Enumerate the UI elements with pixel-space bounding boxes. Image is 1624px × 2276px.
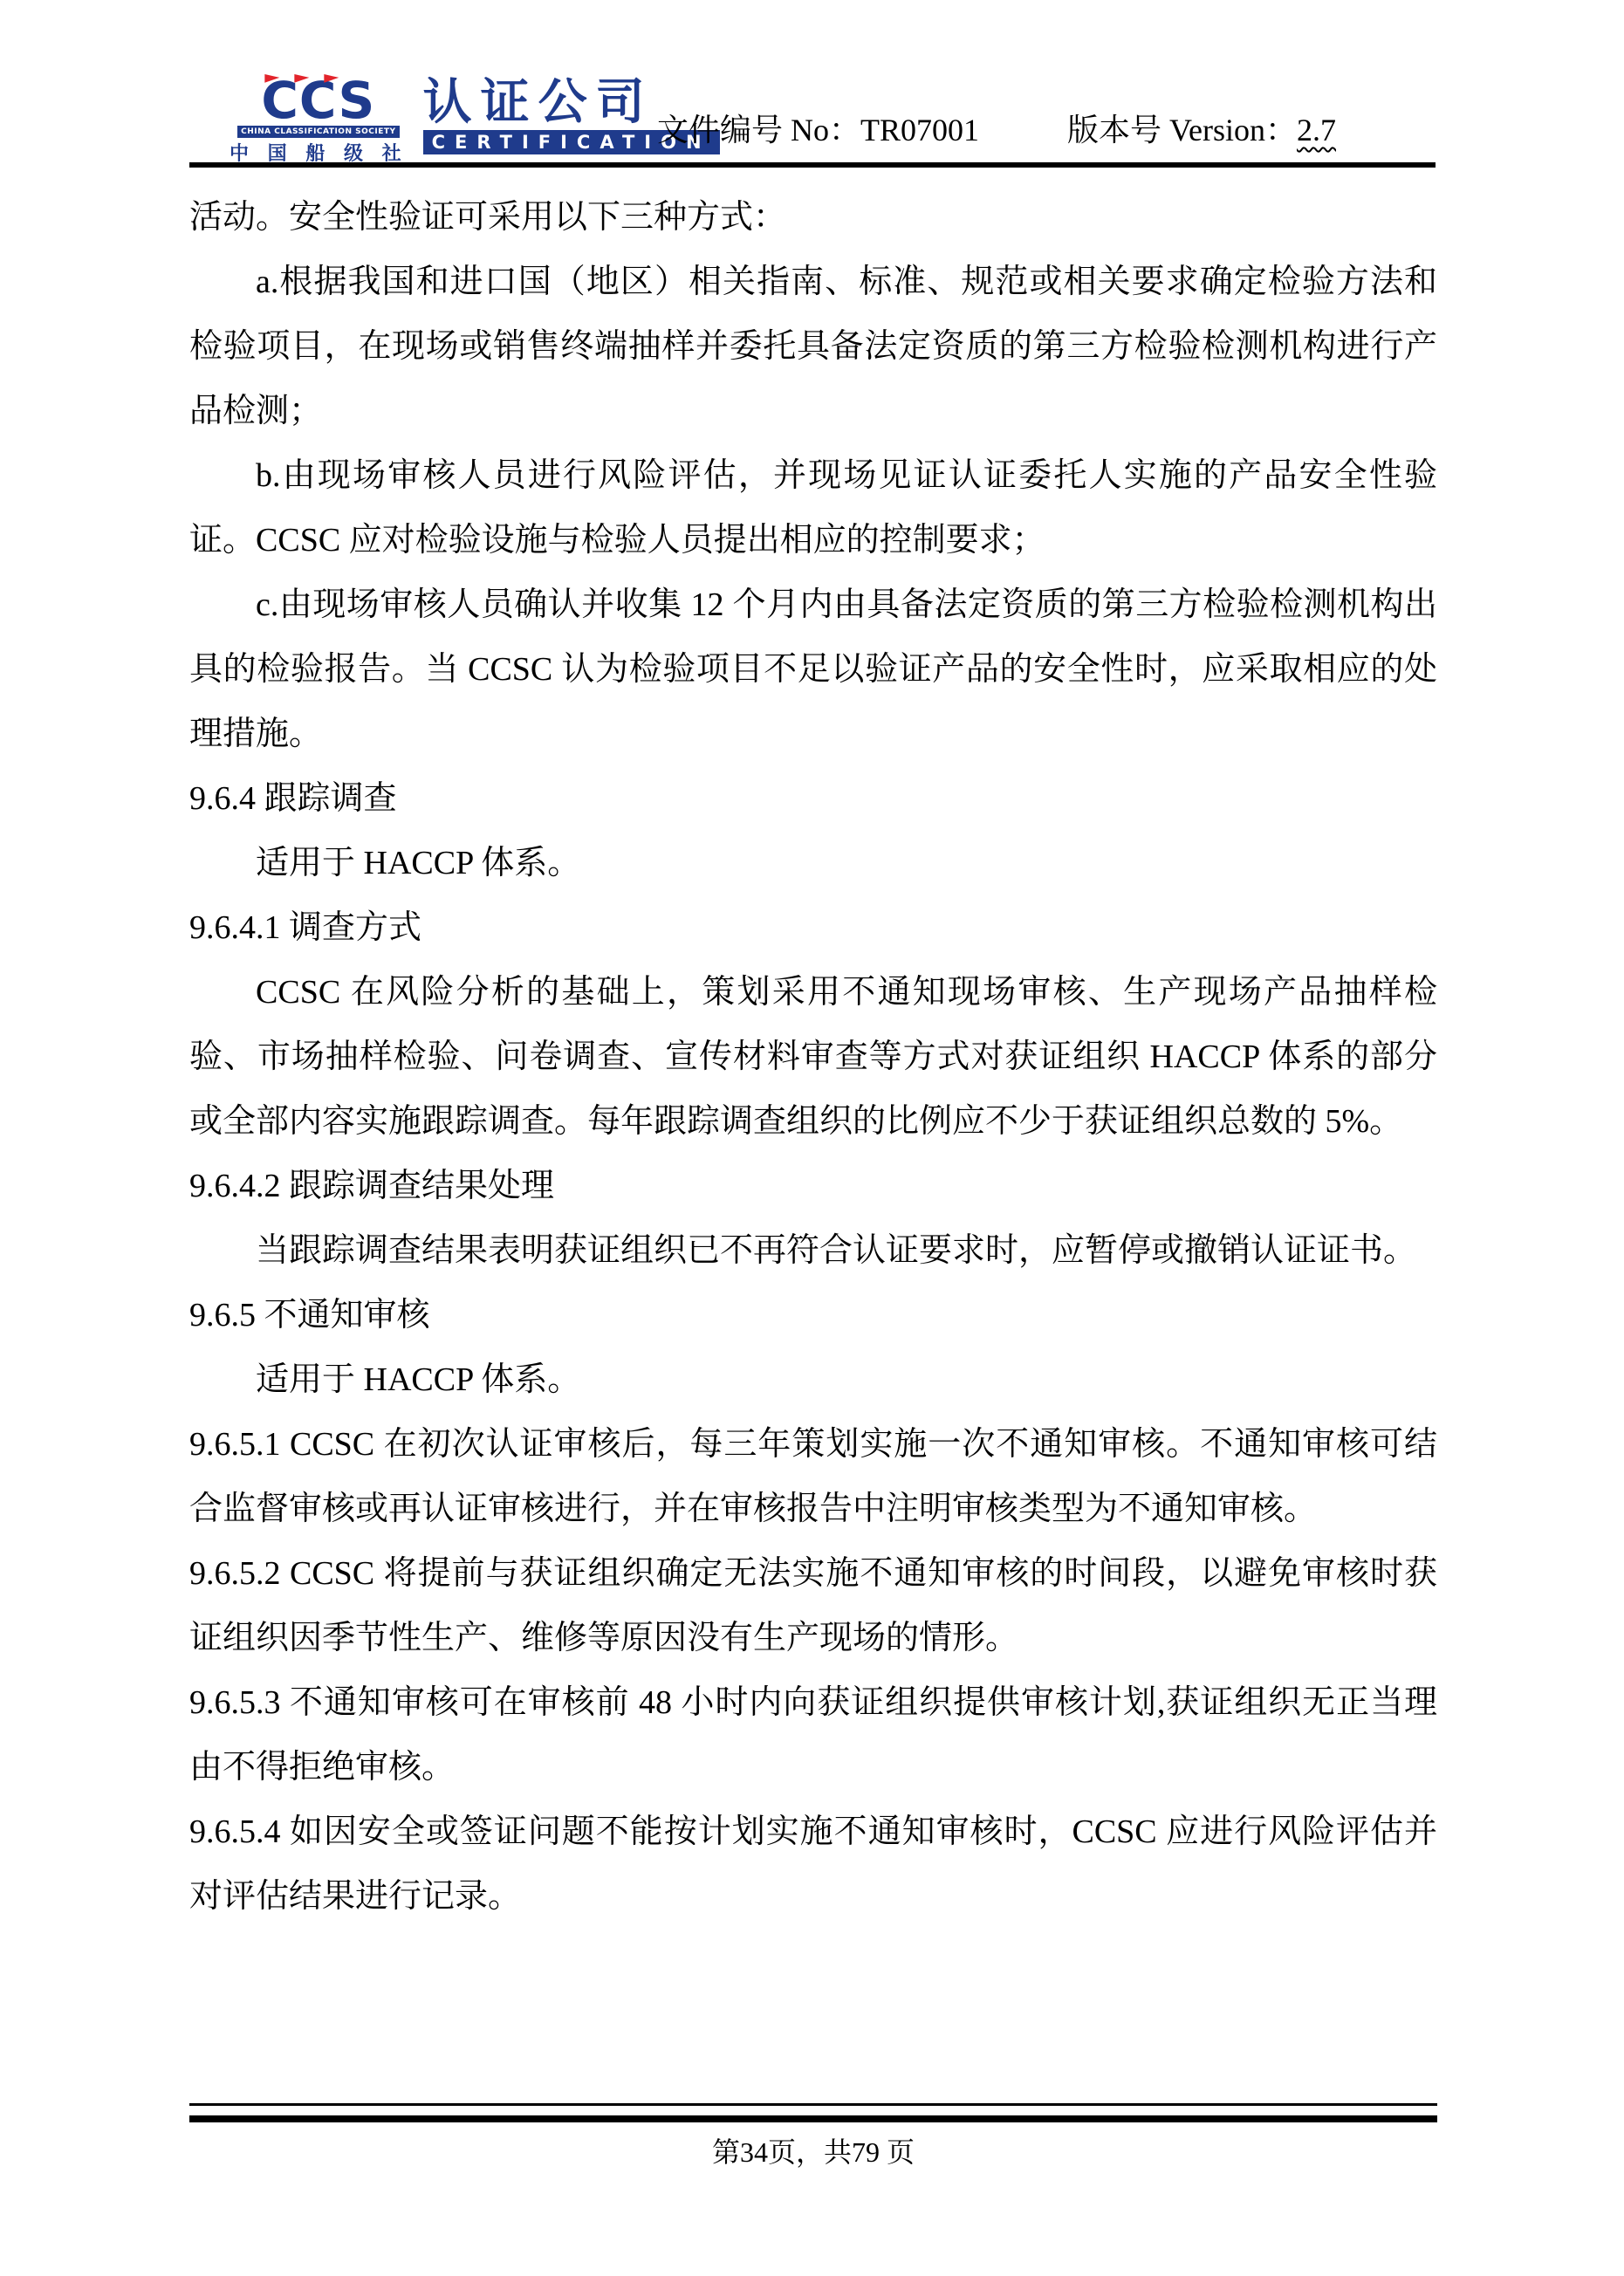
paragraph: 9.6.4.2 跟踪调查结果处理 [189, 1154, 1437, 1218]
paragraph: c.由现场审核人员确认并收集 12 个月内由具备法定资质的第三方检验检测机构出具… [189, 572, 1437, 766]
document-body: 活动。安全性验证可采用以下三种方式：a.根据我国和进口国（地区）相关指南、标准、… [189, 185, 1437, 1929]
page-header: CCS CHINA CLASSIFICATION SOCIETY 中 国 船 级… [189, 51, 1436, 168]
page-number: 第34页，共79 页 [189, 2130, 1437, 2170]
doc-number-value: TR07001 [860, 113, 979, 147]
paragraph: 活动。安全性验证可采用以下三种方式： [189, 185, 1437, 250]
society-cn-text: 中 国 船 级 社 [230, 139, 408, 166]
ccs-logo-left: CCS CHINA CLASSIFICATION SOCIETY 中 国 船 级… [230, 80, 408, 166]
paragraph: 9.6.4.1 调查方式 [189, 895, 1437, 960]
doc-number: 文件编号 No：TR07001 [657, 106, 979, 150]
ccs-letters: CCS [261, 71, 375, 130]
doc-number-label: 文件编号 No： [657, 113, 860, 147]
paragraph: 9.6.4 跟踪调查 [189, 766, 1437, 831]
paragraph: 9.6.5.3 不通知审核可在审核前 48 小时内向获证组织提供审核计划,获证组… [189, 1670, 1437, 1800]
paragraph: b.由现场审核人员进行风险评估，并现场见证认证委托人实施的产品安全性验证。CCS… [189, 443, 1437, 572]
version-value: 2.7 [1297, 113, 1336, 147]
paragraph: 9.6.5.1 CCSC 在初次认证审核后，每三年策划实施一次不通知审核。不通知… [189, 1412, 1437, 1541]
ccs-wordmark: CCS [261, 80, 375, 122]
paragraph: 9.6.5 不通知审核 [189, 1283, 1437, 1347]
paragraph: 当跟踪调查结果表明获证组织已不再符合认证要求时，应暂停或撤销认证证书。 [189, 1218, 1437, 1283]
paragraph: a.根据我国和进口国（地区）相关指南、标准、规范或相关要求确定检验方法和检验项目… [189, 250, 1437, 443]
version-label: 版本号 Version： [1067, 113, 1297, 147]
paragraph: 适用于 HACCP 体系。 [189, 831, 1437, 895]
footer-rule-thin [189, 2103, 1437, 2106]
paragraph: CCSC 在风险分析的基础上，策划采用不通知现场审核、生产现场产品抽样检验、市场… [189, 960, 1437, 1154]
paragraph: 9.6.5.4 如因安全或签证问题不能按计划实施不通知审核时，CCSC 应进行风… [189, 1800, 1437, 1929]
ccs-logo: CCS CHINA CLASSIFICATION SOCIETY 中 国 船 级… [230, 80, 720, 166]
paragraph: 适用于 HACCP 体系。 [189, 1347, 1437, 1412]
paragraph: 9.6.5.2 CCSC 将提前与获证组织确定无法实施不通知审核的时间段，以避免… [189, 1541, 1437, 1670]
version: 版本号 Version：2.7 [1067, 106, 1336, 150]
document-page: CCS CHINA CLASSIFICATION SOCIETY 中 国 船 级… [0, 0, 1624, 2276]
footer-rule-thick [189, 2115, 1437, 2122]
page-footer: 第34页，共79 页 [189, 2103, 1437, 2170]
